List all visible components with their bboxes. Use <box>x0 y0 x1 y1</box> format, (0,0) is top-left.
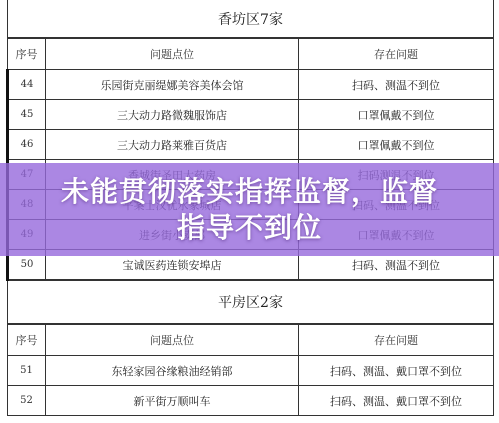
row-issue: 口罩佩戴不到位 <box>299 130 494 160</box>
table-header-row: 序号 问题点位 存在问题 <box>8 38 494 70</box>
header-issue: 存在问题 <box>299 324 494 356</box>
row-location: 东轻家园谷缘粮油经销部 <box>46 356 299 386</box>
headline-line-1: 未能贯彻落实指挥监督，监督 <box>61 174 438 210</box>
section-title: 平房区2家 <box>8 280 494 324</box>
table-row: 45 三大动力路微魏服饰店 口罩佩戴不到位 <box>8 100 494 130</box>
headline-banner: 未能贯彻落实指挥监督，监督 指导不到位 <box>0 163 499 256</box>
section-title: 香坊区7家 <box>8 0 494 38</box>
section-title-row: 香坊区7家 <box>8 0 494 38</box>
section-title-row: 平房区2家 <box>8 280 494 324</box>
row-number: 51 <box>8 356 46 386</box>
table-row: 46 三大动力路莱雅百货店 口罩佩戴不到位 <box>8 130 494 160</box>
row-issue: 口罩佩戴不到位 <box>299 100 494 130</box>
row-issue: 扫码、测温、戴口罩不到位 <box>299 386 494 416</box>
row-location: 三大动力路微魏服饰店 <box>46 100 299 130</box>
row-number: 52 <box>8 386 46 416</box>
row-number: 46 <box>8 130 46 160</box>
row-location: 乐园街克丽缇娜美容美体会馆 <box>46 70 299 100</box>
headline-line-2: 指导不到位 <box>177 210 322 246</box>
table-row: 51 东轻家园谷缘粮油经销部 扫码、测温、戴口罩不到位 <box>8 356 494 386</box>
row-issue: 扫码、测温、戴口罩不到位 <box>299 356 494 386</box>
header-number: 序号 <box>8 38 46 70</box>
header-number: 序号 <box>8 324 46 356</box>
row-number: 45 <box>8 100 46 130</box>
header-issue: 存在问题 <box>299 38 494 70</box>
row-location: 三大动力路莱雅百货店 <box>46 130 299 160</box>
table-header-row: 序号 问题点位 存在问题 <box>8 324 494 356</box>
table-row: 52 新平街万顺叫车 扫码、测温、戴口罩不到位 <box>8 386 494 416</box>
header-location: 问题点位 <box>46 38 299 70</box>
row-number: 44 <box>8 70 46 100</box>
table-row: 44 乐园街克丽缇娜美容美体会馆 扫码、测温不到位 <box>8 70 494 100</box>
row-location: 新平街万顺叫车 <box>46 386 299 416</box>
header-location: 问题点位 <box>46 324 299 356</box>
row-issue: 扫码、测温不到位 <box>299 70 494 100</box>
